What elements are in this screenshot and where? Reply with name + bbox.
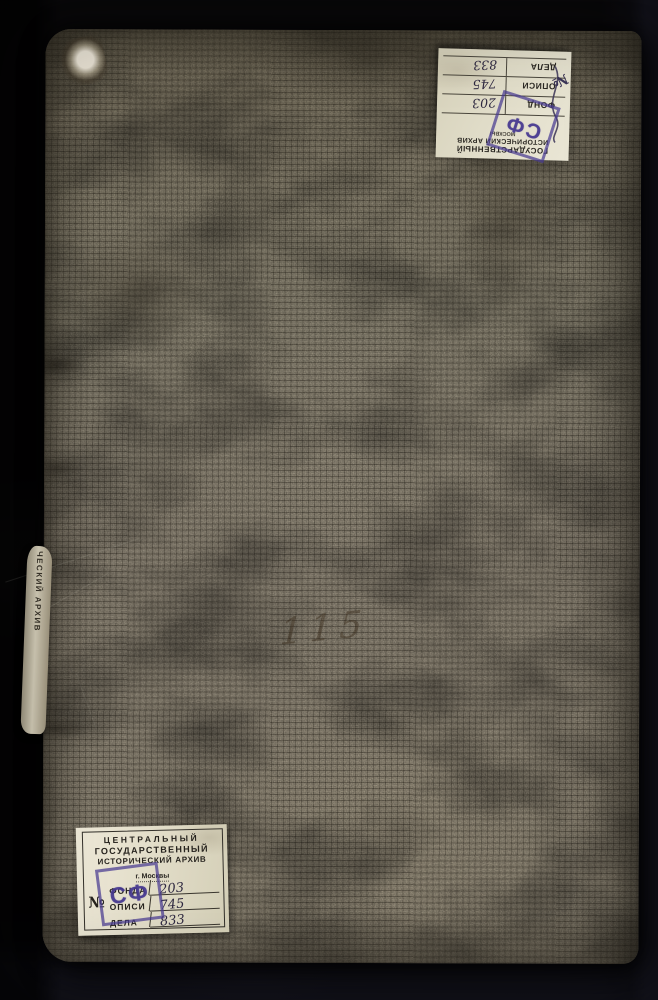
spine-label-text: ЧЕСКИЙ АРХИВ <box>28 551 44 734</box>
book-cover: 115 <box>42 29 641 964</box>
worn-corner-spot <box>57 33 110 89</box>
sf-stamp-text: СФ <box>502 110 545 144</box>
opis-number: 745 <box>442 75 506 96</box>
sf-stamp-text: СФ <box>108 878 151 910</box>
archive-label-bottom: ЦЕНТРАЛЬНЫЙ ГОСУДАРСТВЕННЫЙ ИСТОРИЧЕСКИЙ… <box>76 824 230 936</box>
sf-stamp: СФ <box>95 862 165 927</box>
delo-number: 833 <box>443 56 507 77</box>
cover-shading <box>42 29 641 964</box>
archive-label-top: ГОСУДАРСТВЕННЫЙ ИСТОРИЧЕСКИЙ АРХИВ МОСКВ… <box>436 48 572 161</box>
fond-number: 203 <box>159 880 185 897</box>
archive-book-photo: 115 ЧЕСКИЙ АРХИВ ГОСУДАРСТВЕННЫЙ ИСТОРИЧ… <box>0 0 658 1000</box>
